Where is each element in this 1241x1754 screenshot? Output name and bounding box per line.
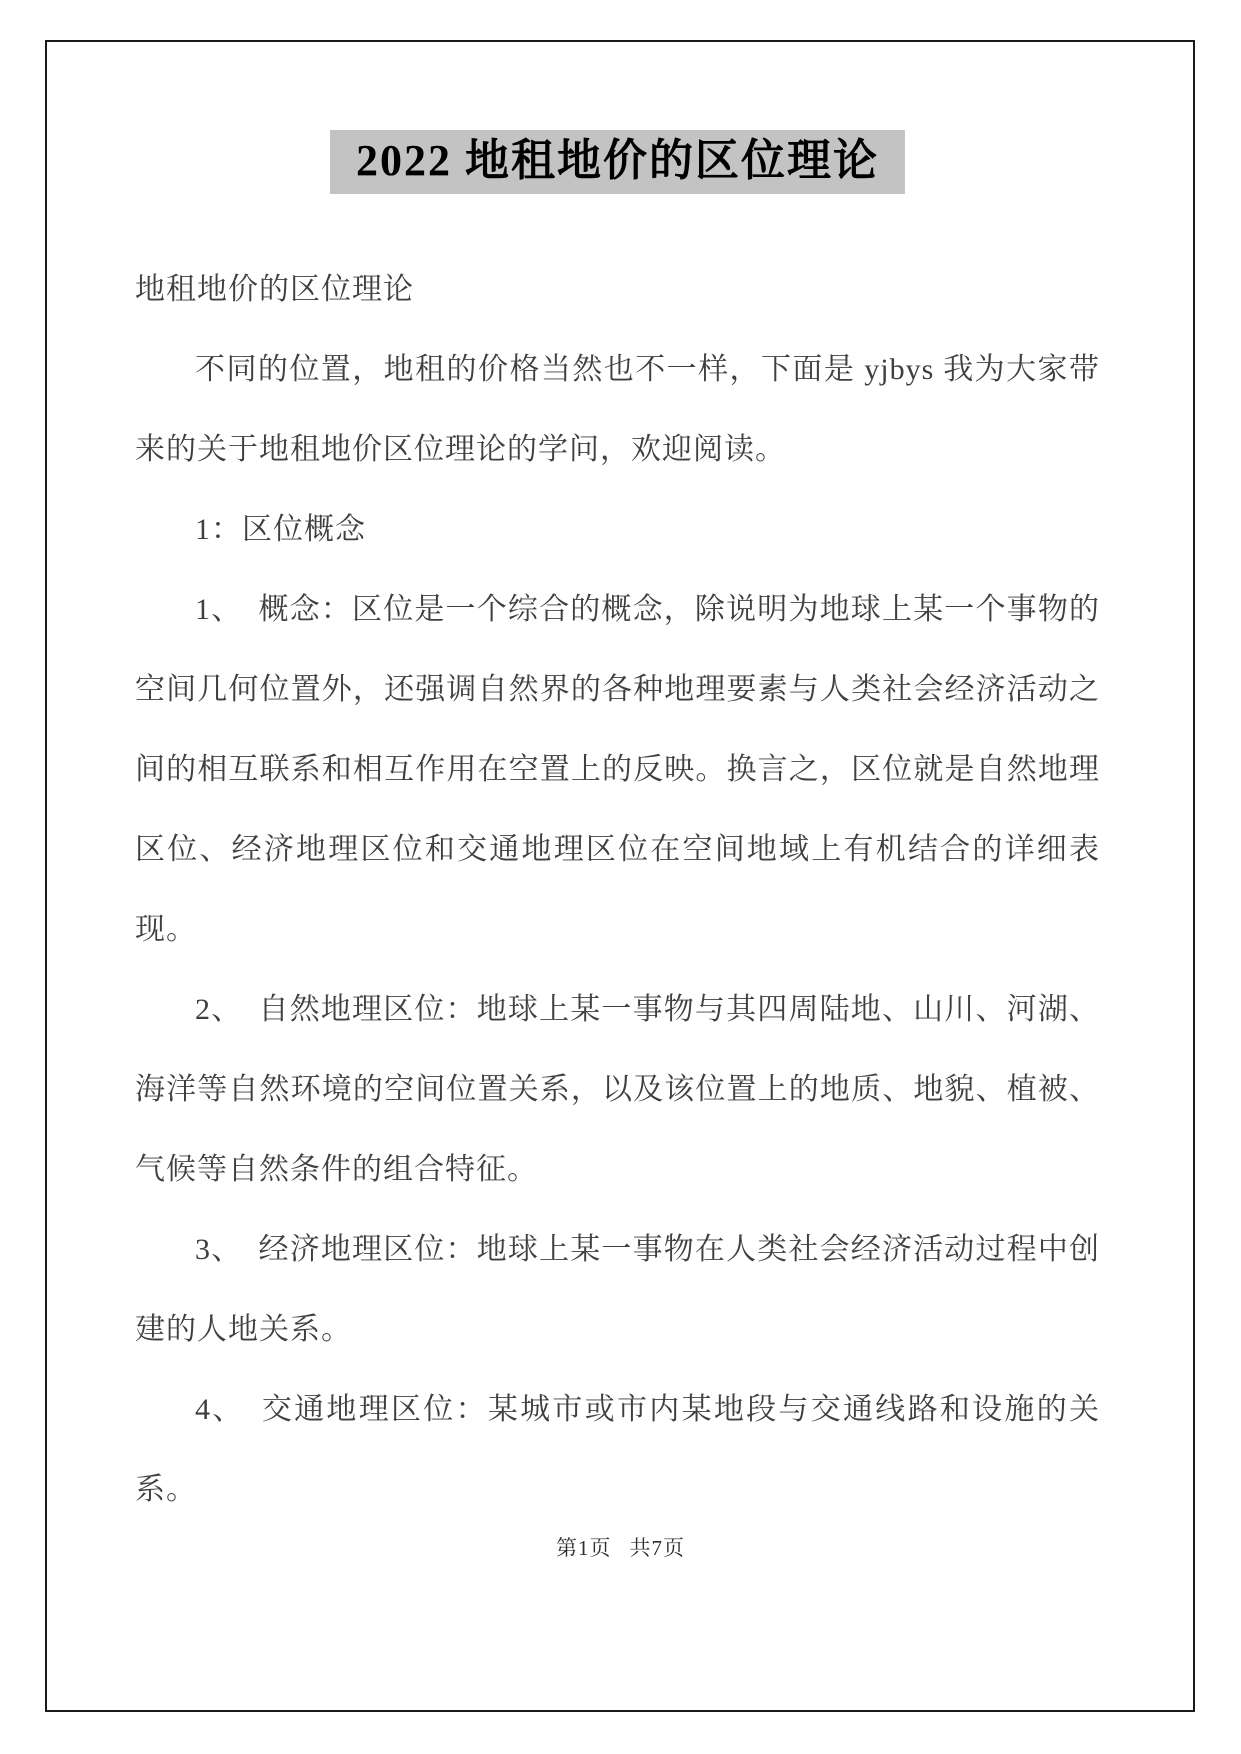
paragraph: 1：区位概念 — [135, 490, 1100, 570]
title-highlight: 2022 地租地价的区位理论 — [330, 130, 905, 194]
footer-page-current: 第1页 — [556, 1536, 612, 1560]
paragraph: 地租地价的区位理论 — [135, 250, 1100, 330]
paragraph: 4、 交通地理区位：某城市或市内某地段与交通线路和设施的关系。 — [135, 1370, 1100, 1530]
document-page: 2022 地租地价的区位理论 地租地价的区位理论不同的位置，地租的价格当然也不一… — [0, 0, 1241, 1754]
document-title: 2022 地租地价的区位理论 — [135, 130, 1100, 194]
paragraph: 不同的位置，地租的价格当然也不一样，下面是 yjbys 我为大家带来的关于地租地… — [135, 330, 1100, 490]
paragraph: 2、 自然地理区位：地球上某一事物与其四周陆地、山川、河湖、海洋等自然环境的空间… — [135, 970, 1100, 1210]
document-body: 地租地价的区位理论不同的位置，地租的价格当然也不一样，下面是 yjbys 我为大… — [135, 250, 1100, 1530]
footer-page-total: 共7页 — [630, 1536, 686, 1560]
paragraph: 3、 经济地理区位：地球上某一事物在人类社会经济活动过程中创建的人地关系。 — [135, 1210, 1100, 1370]
paragraph: 1、 概念：区位是一个综合的概念，除说明为地球上某一个事物的空间几何位置外，还强… — [135, 570, 1100, 970]
page-footer: 第1页共7页 — [0, 1532, 1241, 1562]
page-content: 2022 地租地价的区位理论 地租地价的区位理论不同的位置，地租的价格当然也不一… — [45, 40, 1195, 1712]
